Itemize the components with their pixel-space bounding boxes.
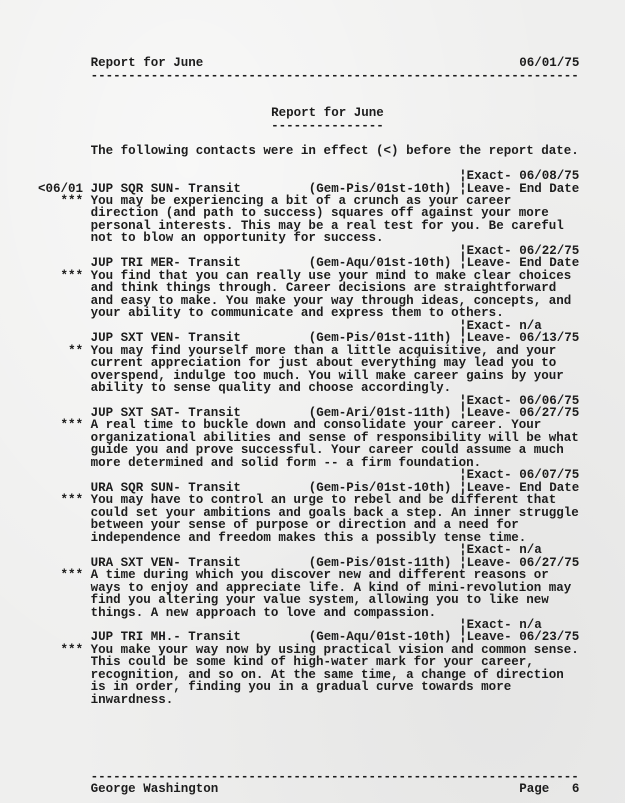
header-rule-dashes: ----------------------------------------… [91,70,579,83]
exact-date: ¦Exact- n/a [459,544,542,557]
importance-stars: *** [61,494,84,507]
report-title-underline-dashes: --------------- [271,120,384,133]
footer-page-label: Page [519,783,549,796]
interpretation-text: This could be some kind of high-water ma… [91,656,534,669]
header-rule: ----------------------------------------… [38,70,68,83]
importance-stars: *** [61,195,84,208]
interpretation-text: is in order, finding you in a gradual cu… [91,681,512,694]
header-date: 06/01/75 [519,57,579,70]
leave-date: ¦Leave- 06/13/75 [459,332,579,345]
interpretation-text: ability to sense quality and choose acco… [91,382,452,395]
exact-date: ¦Exact- 06/08/75 [459,170,579,183]
interpretation-text: inwardness. [91,694,174,707]
report-page: Report for June 06/01/75 ---------------… [0,0,625,803]
importance-stars: ** [68,345,83,358]
report-title-text: Report for June [271,107,384,120]
intro-line: The following contacts were in effect (<… [38,145,68,158]
interpretation-text: things. A new approach to love and compa… [91,607,437,620]
importance-stars: *** [61,270,84,283]
footer-page-number: 6 [572,783,580,796]
running-footer: George Washington Page 6 [38,783,68,796]
report-title: Report for June [38,107,68,120]
importance-stars: *** [61,419,84,432]
aspect-name: JUP SXT VEN- Transit [91,332,241,345]
footer-name: George Washington [91,783,219,796]
leave-date: ¦Leave- End Date [459,257,579,270]
interpretation-text: find you altering your value system, all… [91,594,549,607]
running-header: Report for June 06/01/75 [38,57,68,70]
interpretation-text: your ability to communicate and express … [91,307,504,320]
interpretation-text: and think things through. Career decisio… [91,282,557,295]
footer-rule: ----------------------------------------… [38,771,68,784]
importance-stars: *** [61,644,84,657]
importance-stars: *** [61,569,84,582]
interpretation-text: guide you and prove successful. Your car… [91,444,564,457]
interpretation-text: not to blow an opportunity for success. [91,232,384,245]
interpretation-text: between your sense of purpose or directi… [91,519,519,532]
interpretation-text: A time during which you discover new and… [91,569,549,582]
aspect-signs: (Gem-Pis/01st-11th) [309,332,452,345]
intro-text: The following contacts were in effect (<… [91,145,579,158]
aspect-name: JUP TRI MER- Transit [91,257,241,270]
header-title: Report for June [91,57,204,70]
interpretation-text: more determined and solid form -- a firm… [91,457,482,470]
exact-date: ¦Exact- 06/07/75 [459,469,579,482]
aspect-signs: (Gem-Aqu/01st-10th) [309,257,452,270]
interpretation-text: current appreciation for just about ever… [91,357,557,370]
report-title-underline: --------------- [38,120,68,133]
interpretation-text: You may have to control an urge to rebel… [91,494,557,507]
